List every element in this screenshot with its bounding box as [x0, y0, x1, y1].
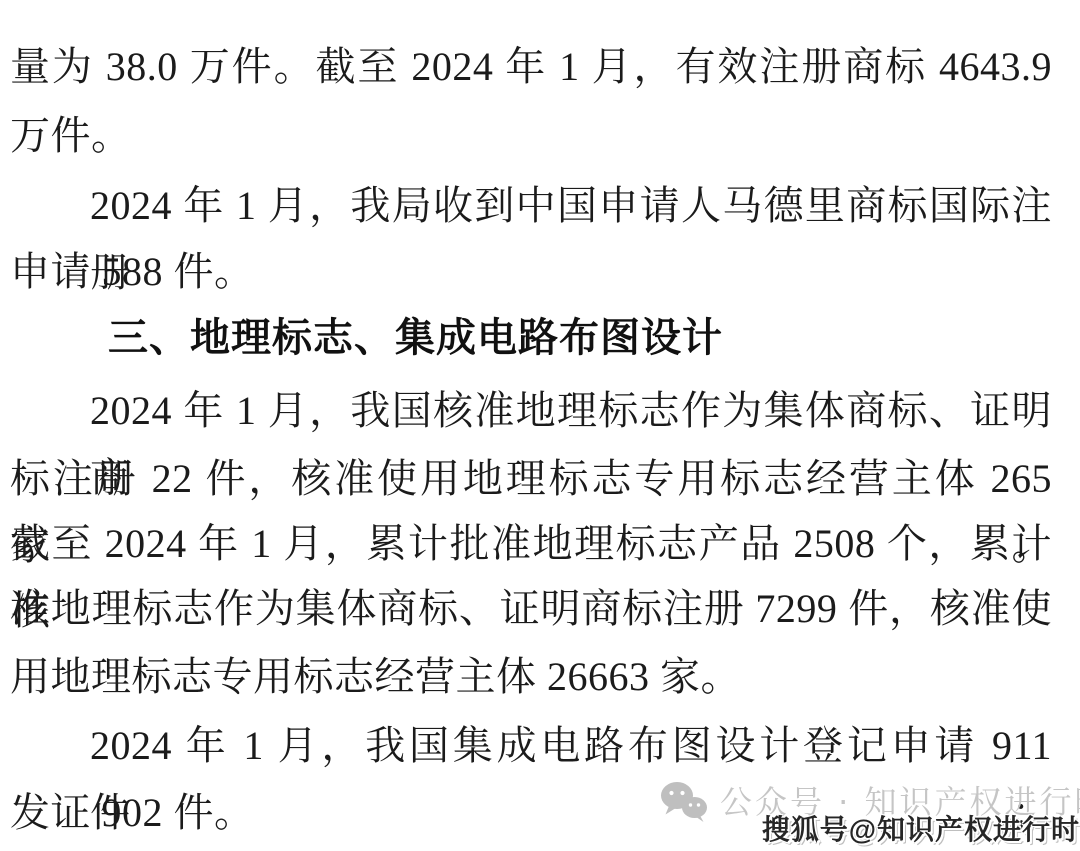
document-line: 截至 2024 年 1 月，累计批准地理标志产品 2508 个，累计核 [10, 510, 1052, 577]
document-line: 2024 年 1 月，我国核准地理标志作为集体商标、证明商 [10, 377, 1052, 444]
document-line: 申请 588 件。 [10, 238, 1052, 305]
wechat-icon [660, 781, 708, 823]
document-line: 量为 38.0 万件。截至 2024 年 1 月，有效注册商标 4643.9 [10, 33, 1052, 100]
sohu-watermark-label: 搜狐号@知识产权进行时 [762, 808, 1080, 848]
document-line: 万件。 [10, 102, 1052, 169]
document-line: 2024 年 1 月，我局收到中国申请人马德里商标国际注册 [10, 172, 1052, 239]
document-line: 用地理标志专用标志经营主体 26663 家。 [10, 643, 1052, 710]
document-line: 2024 年 1 月，我国集成电路布图设计登记申请 911 件； [10, 712, 1052, 779]
document-page: 量为 38.0 万件。截至 2024 年 1 月，有效注册商标 4643.9 万… [0, 0, 1080, 851]
document-line: 标注册 22 件，核准使用地理标志专用标志经营主体 265 家。 [10, 445, 1052, 512]
document-line: 准地理标志作为集体商标、证明商标注册 7299 件，核准使 [10, 575, 1052, 642]
section-heading: 三、地理标志、集成电路布图设计 [108, 305, 1052, 372]
